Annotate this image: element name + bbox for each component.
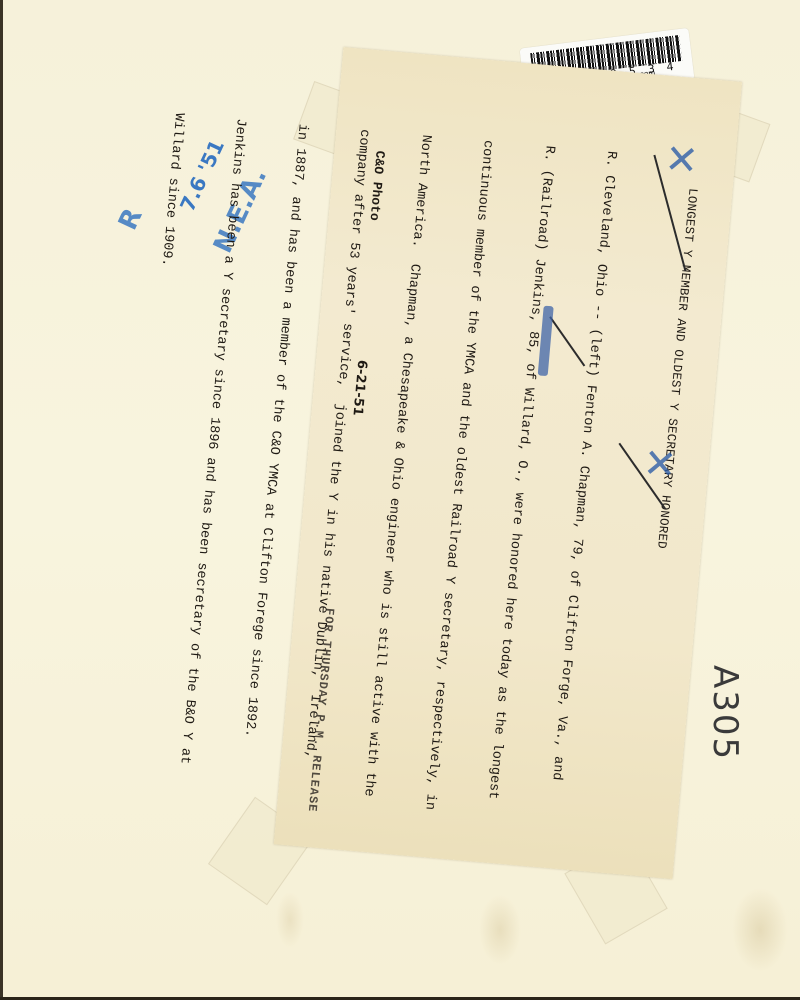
pen-x-mark-icon: ✕ — [669, 141, 692, 176]
pen-x-mark-icon: ✕ — [647, 445, 670, 480]
caption-slip: LONGEST Y MEMBER AND OLDEST Y SECRETARY … — [274, 47, 742, 879]
caption-line: company after 53 years' service, joined … — [293, 128, 374, 800]
caption-line: R. (Railroad) Jenkins, 85, of Willard, O… — [478, 144, 559, 816]
caption-line: Willard since 1909. — [108, 112, 189, 784]
caption-line: R. Cleveland, Ohio -- (left) Fenton A. C… — [540, 150, 621, 822]
caption-line: in 1887, and has been a member of the C&… — [231, 123, 312, 795]
caption-line: continuous member of the YMCA and the ol… — [416, 139, 497, 811]
caption-line: North America. Chapman, a Chesapeake & O… — [355, 134, 436, 806]
caption-line: Jenkins has been a Y secretary since 189… — [169, 117, 250, 789]
photo-left-edge — [0, 0, 3, 1000]
pencil-annotation: A305 — [705, 665, 745, 761]
